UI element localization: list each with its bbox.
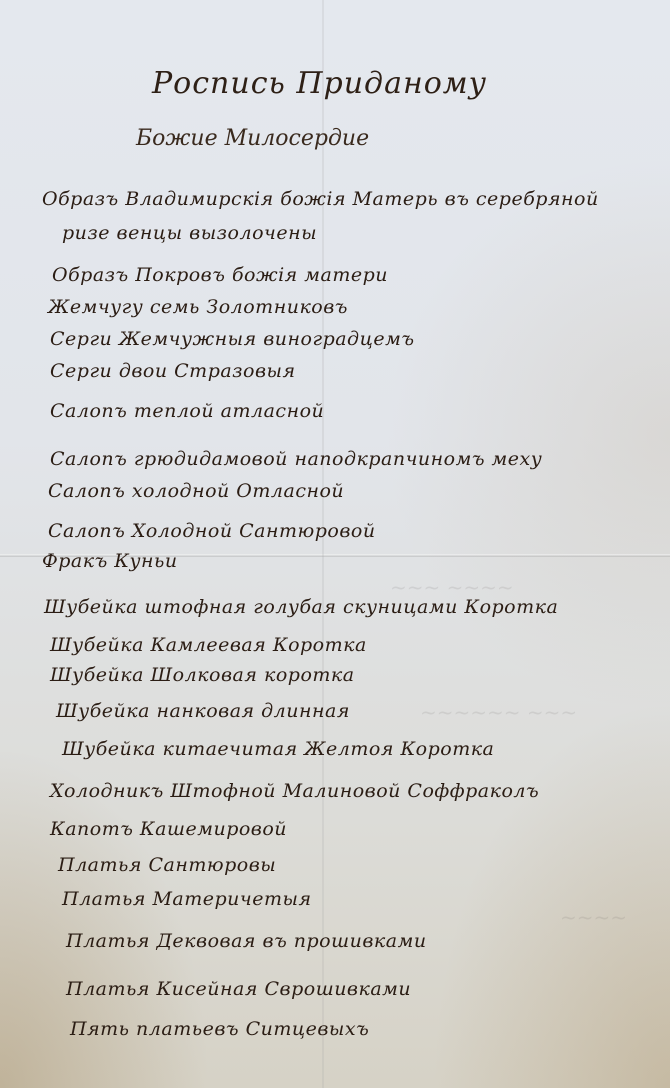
list-item: Платья Кисейная Сврошивками [66, 978, 411, 1000]
list-item: Фракъ Куньи [42, 550, 178, 572]
list-item: Капотъ Кашемировой [50, 818, 287, 840]
list-item: Холодникъ Штофной Малиновой Соффраколъ [50, 780, 539, 802]
list-item: ризе венцы вызолочены [62, 222, 317, 244]
list-item: Салопъ грюдидамовой наподкрапчиномъ меху [50, 448, 542, 470]
list-item: Салопъ холодной Отласной [48, 480, 344, 502]
list-item: Серги Жемчужныя виноградцемъ [50, 328, 415, 350]
paper-vertical-crease [322, 0, 324, 1088]
list-item: Шубейка нанковая длинная [56, 700, 350, 722]
list-item: Шубейка Шолковая коротка [50, 664, 355, 686]
manuscript-page: ~~~ ~~~~ ~~~~~~ ~~~ ~~~~ Роспись Придано… [0, 0, 670, 1088]
list-item: Салопъ Холодной Сантюровой [48, 520, 376, 542]
list-item: Пять платьевъ Ситцевыхъ [70, 1018, 369, 1040]
list-item: Жемчугу семь Золотниковъ [48, 296, 348, 318]
bleed-through-text: ~~~~~~ ~~~ [420, 700, 577, 724]
bleed-through-text: ~~~~ [560, 905, 627, 929]
list-item: Платья Сантюровы [58, 854, 276, 876]
list-item: Платья Деквовая въ прошивками [66, 930, 427, 952]
list-item: Шубейка штофная голубая скуницами Коротк… [44, 596, 558, 618]
document-subtitle: Божие Милосердие [136, 126, 369, 151]
list-item: Образъ Владимирскія божія Матерь въ сере… [42, 188, 599, 210]
document-title: Роспись Приданому [152, 66, 487, 101]
list-item: Серги двои Стразовыя [50, 360, 296, 382]
list-item: Платья Материчетыя [62, 888, 312, 910]
list-item: Шубейка Камлеевая Коротка [50, 634, 367, 656]
list-item: Шубейка китаечитая Желтоя Коротка [62, 738, 494, 760]
list-item: Образъ Покровъ божія матери [52, 264, 388, 286]
list-item: Салопъ теплой атласной [50, 400, 324, 422]
